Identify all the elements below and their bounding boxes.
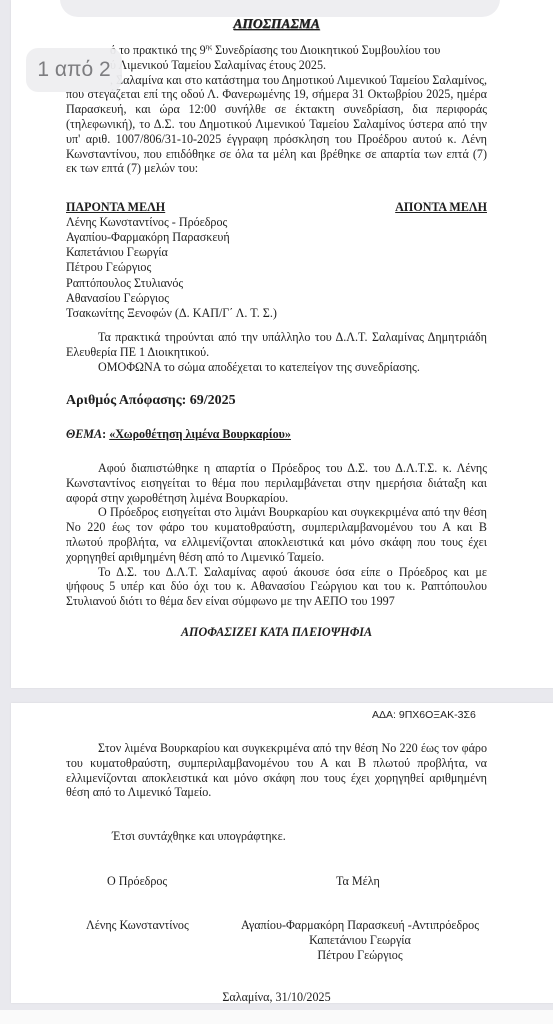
- subject-value: «Χωροθέτηση λιμένα Βουρκαρίου»: [109, 427, 291, 441]
- subject-label: ΘΕΜΑ: [66, 427, 102, 441]
- member-item: Αγαπίου-Φαρμακόρη Παρασκευή: [66, 230, 487, 245]
- present-members-list: Λένης Κωνσταντίνος - Πρόεδρος Αγαπίου-Φα…: [66, 215, 487, 321]
- intro-line-1: ό το πρακτικό της 9ης Συνεδρίασης του Δι…: [66, 40, 487, 58]
- paragraph-1: Αφού διαπιστώθηκε η απαρτία ο Πρόεδρος τ…: [66, 461, 487, 505]
- member-item: Καπετάνιου Γεωργία: [66, 245, 487, 260]
- decision-number: Αριθμός Απόφασης: 69/2025: [66, 394, 487, 409]
- intro-paragraph: , Σαλαμίνα και στο κατάστημα του Δημοτικ…: [66, 73, 487, 177]
- minutes-block: Τα πρακτικά τηρούνται από την υπάλληλο τ…: [66, 330, 487, 374]
- chair-name: Λένης Κωνσταντίνος: [86, 918, 189, 933]
- paragraph-2: Ο Πρόεδρος εισηγείται στο λιμάνι Βουρκαρ…: [66, 505, 487, 564]
- subject-line: ΘΕΜΑ: «Χωροθέτηση λιμένα Βουρκαρίου»: [66, 427, 487, 442]
- members-label: Τα Μέλη: [336, 874, 380, 889]
- signed-text: Έτσι συντάχθηκε και υπογράφτηκε.: [112, 829, 533, 844]
- chair-label: Ο Πρόεδρος: [107, 874, 167, 889]
- member-item: Ραπτόπουλος Στυλιανός: [66, 276, 487, 291]
- absent-members-header: ΑΠΟΝΤΑ ΜΕΛΗ: [395, 200, 487, 215]
- document-title: ΑΠΟΣΠΑΣΜΑ: [0, 16, 553, 32]
- viewer-toolbar: [60, 0, 500, 17]
- member-item: Τσακωνίτης Ξενοφών (Δ. ΚΑΠ/Γ΄ Λ. Τ. Σ.): [66, 306, 487, 321]
- intro-line-2: ύ Λιμενικού Ταμείου Σαλαμίνας έτους 2025…: [110, 58, 487, 73]
- bottom-edge: [0, 1010, 553, 1024]
- decision-text: Στον λιμένα Βουρκαρίου και συγκεκριμένα …: [66, 741, 487, 800]
- member-item: Αθανασίου Γεώργιος: [66, 291, 487, 306]
- members-header: ΠΑΡΟΝΤΑ ΜΕΛΗ ΑΠΟΝΤΑ ΜΕΛΗ: [66, 200, 487, 215]
- present-members-header: ΠΑΡΟΝΤΑ ΜΕΛΗ: [66, 200, 165, 215]
- intro-block: ό το πρακτικό της 9ης Συνεδρίασης του Δι…: [66, 40, 487, 176]
- unanimous-paragraph: ΟΜΟΦΩΝΑ το σώμα αποδέχεται το κατεπείγον…: [66, 360, 487, 375]
- members-section: ΠΑΡΟΝΤΑ ΜΕΛΗ ΑΠΟΝΤΑ ΜΕΛΗ Λένης Κωνσταντί…: [66, 200, 487, 321]
- decides-heading: ΑΠΟΦΑΣΙΖΕΙ ΚΑΤΑ ΠΛΕΙΟΨΗΦΙΑ: [66, 625, 487, 640]
- member-signatures: Αγαπίου-Φαρμακόρη Παρασκευή -Αντιπρόεδρο…: [230, 918, 490, 963]
- place-date: Σαλαμίνα, 31/10/2025: [0, 990, 553, 1005]
- page-indicator: 1 από 2: [26, 48, 122, 92]
- member-item: Λένης Κωνσταντίνος - Πρόεδρος: [66, 215, 487, 230]
- ada-code: ΑΔΑ: 9ΠΧ6ΟΞΑΚ-3Σ6: [372, 709, 476, 721]
- member-item: Πέτρου Γεώργιος: [66, 260, 487, 275]
- member-signature: Αγαπίου-Φαρμακόρη Παρασκευή -Αντιπρόεδρο…: [230, 918, 490, 933]
- decision-text-block: Στον λιμένα Βουρκαρίου και συγκεκριμένα …: [66, 741, 487, 800]
- paragraph-3: Το Δ.Σ. του Δ.Λ.Τ. Σαλαμίνας αφού άκουσε…: [66, 565, 487, 609]
- body-block: Αφού διαπιστώθηκε η απαρτία ο Πρόεδρος τ…: [66, 461, 487, 609]
- minutes-paragraph: Τα πρακτικά τηρούνται από την υπάλληλο τ…: [66, 330, 487, 360]
- member-signature: Καπετάνιου Γεωργία: [230, 933, 490, 948]
- member-signature: Πέτρου Γεώργιος: [230, 948, 490, 963]
